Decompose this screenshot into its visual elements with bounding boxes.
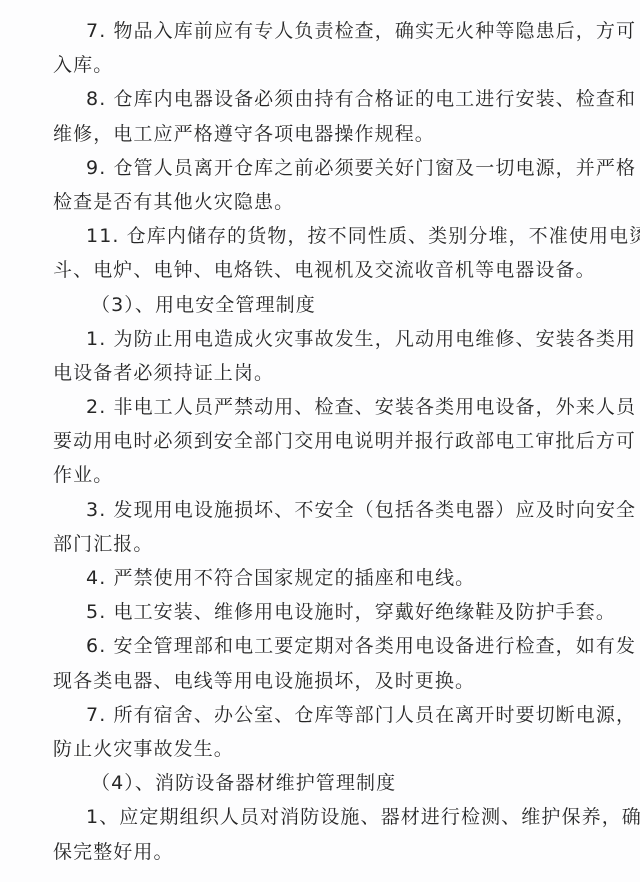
paragraph-line: 维修，电工应严格遵守各项电器操作规程。 — [53, 117, 543, 151]
paragraph-line: 7. 所有宿舍、办公室、仓库等部门人员在离开时要切断电源， — [53, 698, 543, 732]
section-heading: （4）、消防设备器材维护管理制度 — [53, 766, 543, 800]
paragraph-line: 要动用电时必须到安全部门交用电说明并报行政部电工审批后方可 — [53, 424, 543, 458]
section-heading: （3）、用电安全管理制度 — [53, 288, 543, 322]
paragraph-line: 2. 非电工人员严禁动用、检查、安装各类用电设备，外来人员 — [53, 390, 543, 424]
paragraph-line: 7. 物品入库前应有专人负责检查，确实无火种等隐患后，方可 — [53, 14, 543, 48]
paragraph-line: 3. 发现用电设施损坏、不安全（包括各类电器）应及时向安全 — [53, 493, 543, 527]
paragraph-line: 6. 安全管理部和电工要定期对各类用电设备进行检查，如有发 — [53, 629, 543, 663]
paragraph-line: 1. 为防止用电造成火灾事故发生，凡动用电维修、安装各类用 — [53, 322, 543, 356]
paragraph-line: 作业。 — [53, 458, 543, 492]
paragraph-line: 防止火灾事故发生。 — [53, 732, 543, 766]
paragraph-line: 检查是否有其他火灾隐患。 — [53, 185, 543, 219]
paragraph-line: 斗、电炉、电钟、电烙铁、电视机及交流收音机等电器设备。 — [53, 253, 543, 287]
paragraph-line: 11. 仓库内储存的货物，按不同性质、类别分堆，不准使用电烫 — [53, 219, 543, 253]
paragraph-line: 4. 严禁使用不符合国家规定的插座和电线。 — [53, 561, 543, 595]
paragraph-line: 入库。 — [53, 48, 543, 82]
paragraph-line: 1、应定期组织人员对消防设施、器材进行检测、维护保养，确 — [53, 800, 543, 834]
document-page: 7. 物品入库前应有专人负责检查，确实无火种等隐患后，方可 入库。 8. 仓库内… — [53, 14, 543, 869]
paragraph-line: 8. 仓库内电器设备必须由持有合格证的电工进行安装、检查和 — [53, 82, 543, 116]
paragraph-line: 保完整好用。 — [53, 835, 543, 869]
paragraph-line: 现各类电器、电线等用电设施损坏，及时更换。 — [53, 664, 543, 698]
paragraph-line: 5. 电工安装、维修用电设施时，穿戴好绝缘鞋及防护手套。 — [53, 595, 543, 629]
paragraph-line: 电设备者必须持证上岗。 — [53, 356, 543, 390]
paragraph-line: 部门汇报。 — [53, 527, 543, 561]
paragraph-line: 9. 仓管人员离开仓库之前必须要关好门窗及一切电源，并严格 — [53, 151, 543, 185]
